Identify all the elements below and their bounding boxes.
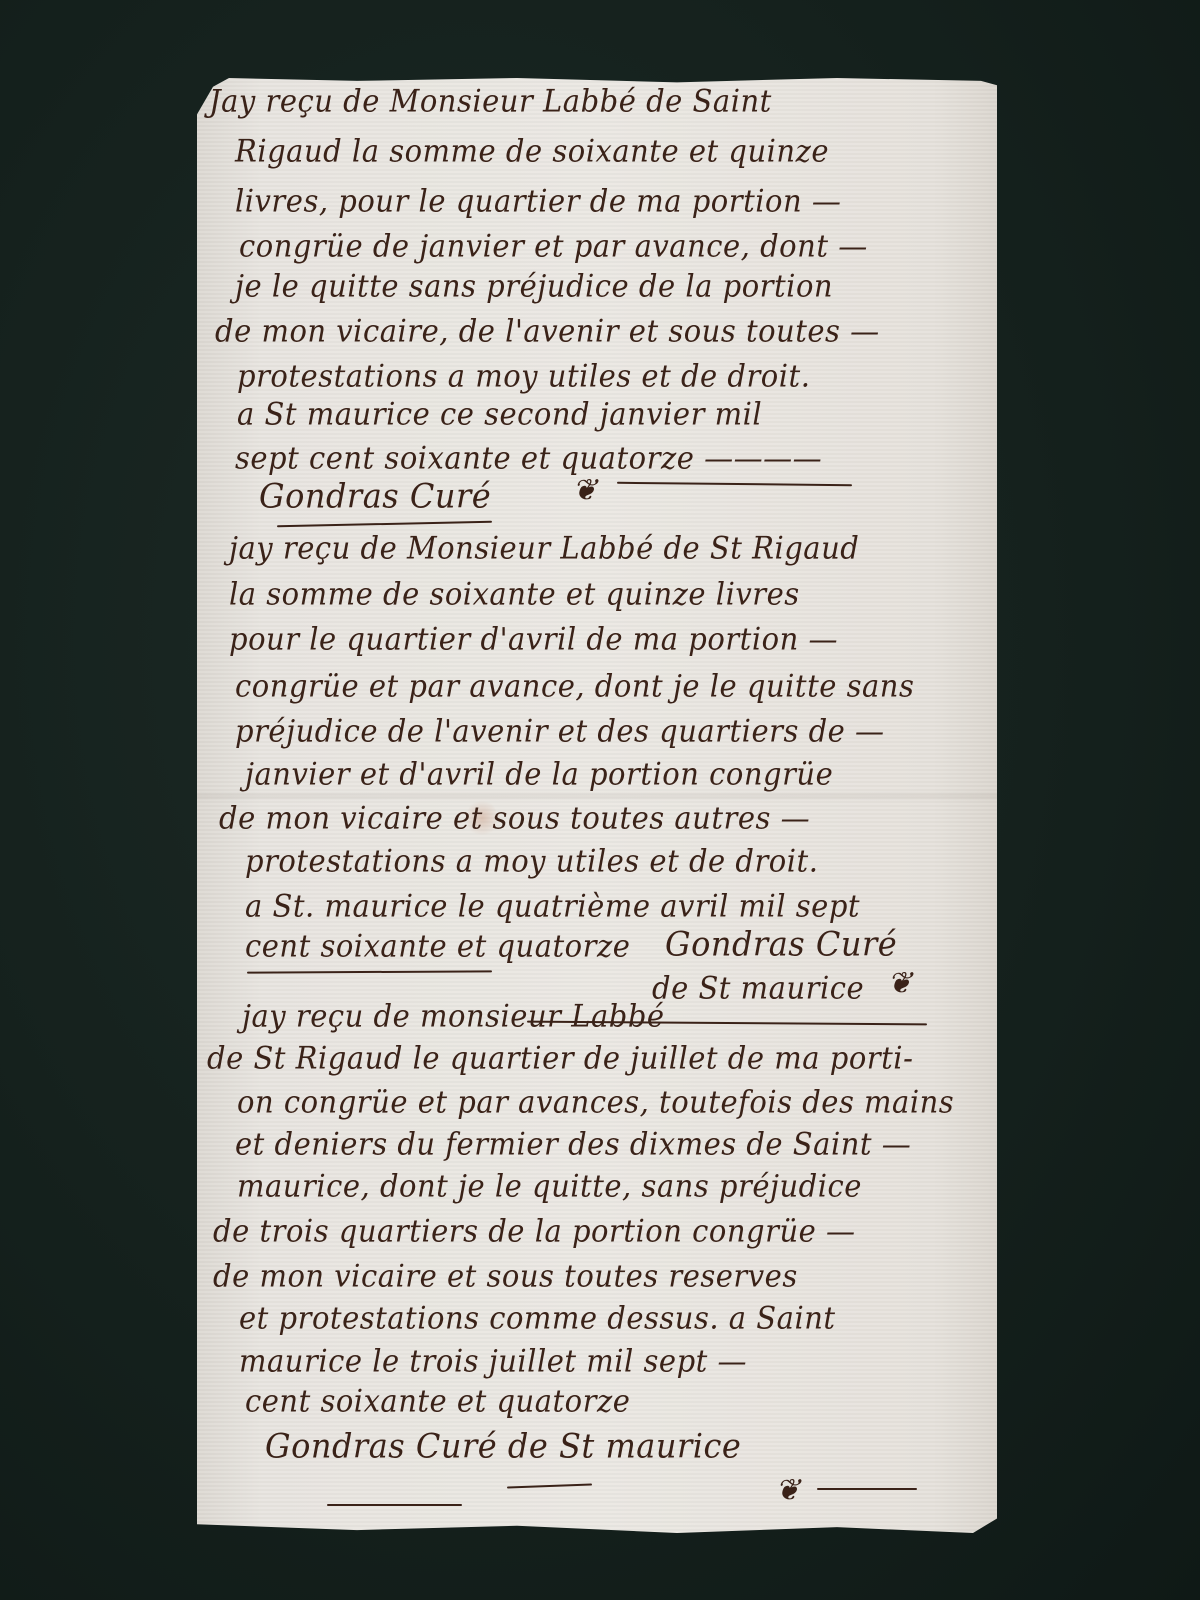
text-line: pour le quartier d'avril de ma portion —: [229, 621, 838, 657]
text-line: maurice, dont je le quitte, sans préjudi…: [237, 1168, 862, 1204]
text-line: jay reçu de monsieur Labbé: [242, 998, 665, 1034]
text-line: congrüe et par avance, dont je le quitte…: [235, 668, 914, 704]
text-line: jay reçu de Monsieur Labbé de St Rigaud: [229, 530, 859, 566]
text-line: maurice le trois juillet mil sept —: [239, 1343, 747, 1379]
text-line: livres, pour le quartier de ma portion —: [235, 183, 841, 219]
text-line: a St maurice ce second janvier mil: [237, 396, 762, 432]
text-line: de trois quartiers de la portion congrüe…: [213, 1213, 856, 1249]
paraph-flourish-icon: ❦: [887, 966, 912, 1001]
text-line: Rigaud la somme de soixante et quinze: [235, 133, 829, 169]
text-line: on congrüe et par avances, toutefois des…: [237, 1084, 954, 1120]
text-line: protestations a moy utiles et de droit.: [245, 843, 818, 879]
rule-line: [327, 1504, 462, 1506]
paraph-flourish-icon: ❦: [775, 1473, 800, 1508]
signature-line-2: de St maurice: [652, 970, 864, 1006]
signature: Gondras Curé: [665, 924, 897, 964]
text-line: de St Rigaud le quartier de juillet de m…: [207, 1040, 913, 1076]
text-line: de mon vicaire et sous toutes autres —: [219, 800, 810, 836]
text-line: protestations a moy utiles et de droit.: [237, 358, 810, 394]
text-line: cent soixante et quatorze: [245, 928, 630, 964]
signature: Gondras Curé: [259, 476, 491, 516]
paraph-flourish-icon: ❦: [572, 473, 597, 508]
text-line: janvier et d'avril de la portion congrüe: [245, 756, 833, 792]
rule-line: [277, 521, 492, 528]
text-line: de mon vicaire et sous toutes reserves: [213, 1258, 798, 1294]
signature: Gondras Curé de St maurice: [265, 1426, 741, 1466]
text-line: a St. maurice le quatrième avril mil sep…: [245, 888, 860, 924]
rule-line: [617, 482, 852, 486]
text-line: je le quitte sans préjudice de la portio…: [235, 268, 833, 304]
text-line: cent soixante et quatorze: [245, 1383, 630, 1419]
rule-line: [507, 1484, 592, 1489]
text-line: de mon vicaire, de l'avenir et sous tout…: [215, 313, 880, 349]
text-line: sept cent soixante et quatorze ————: [235, 440, 822, 476]
text-line: la somme de soixante et quinze livres: [229, 576, 800, 612]
text-line: et deniers du fermier des dixmes de Sain…: [235, 1126, 911, 1162]
rule-line: [817, 1488, 917, 1490]
rule-line: [247, 970, 492, 973]
manuscript-page: Jay reçu de Monsieur Labbé de Saint Riga…: [197, 78, 997, 1533]
text-line: préjudice de l'avenir et des quartiers d…: [235, 713, 885, 749]
text-line: et protestations comme dessus. a Saint: [239, 1300, 836, 1336]
text-line: Jay reçu de Monsieur Labbé de Saint: [209, 83, 772, 119]
text-line: congrüe de janvier et par avance, dont —: [239, 228, 868, 264]
